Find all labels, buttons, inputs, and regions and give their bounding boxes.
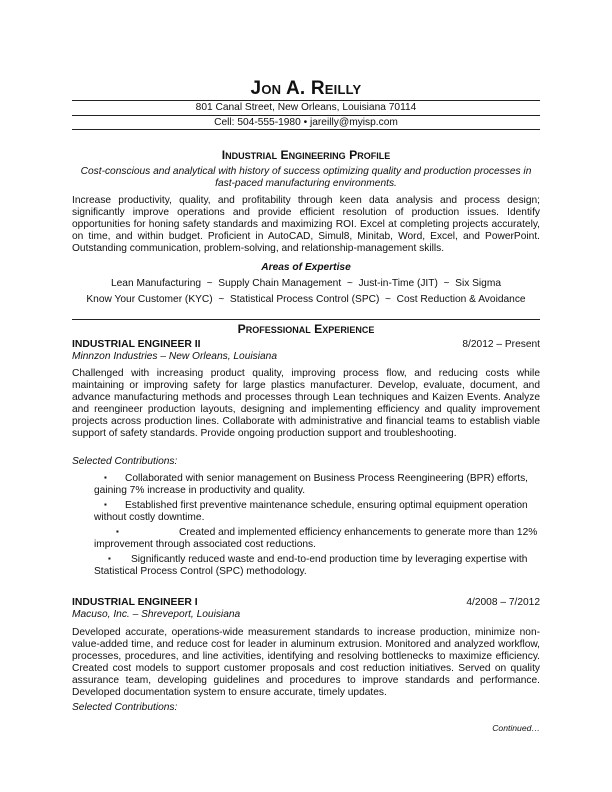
contribution-item: ▪Collaborated with senior management on …: [94, 472, 540, 497]
candidate-name: Jon A. Reilly: [72, 78, 540, 100]
profile-title: Industrial Engineering Profile: [72, 148, 540, 162]
contributions-label: Selected Contributions:: [72, 456, 177, 467]
experience-title: Professional Experience: [72, 322, 540, 336]
bullet-icon: ▪: [108, 553, 131, 565]
profile-summary: Increase productivity, quality, and prof…: [72, 195, 540, 255]
divider: [72, 115, 540, 116]
contributions-label: Selected Contributions:: [72, 702, 177, 713]
job-description: Developed accurate, operations-wide meas…: [72, 627, 540, 700]
contribution-item: ▪Significantly reduced waste and end-to-…: [94, 553, 540, 578]
expertise-title: Areas of Expertise: [72, 262, 540, 273]
expertise-line: Lean Manufacturing ~ Supply Chain Manage…: [72, 276, 540, 292]
tagline-line: fast-paced manufacturing environments.: [72, 178, 540, 190]
divider: [72, 129, 540, 130]
expertise-list: Lean Manufacturing ~ Supply Chain Manage…: [72, 276, 540, 307]
job-company: Macuso, Inc. – Shreveport, Louisiana: [72, 609, 240, 620]
contribution-item: ▪Established first preventive maintenanc…: [94, 499, 540, 524]
profile-tagline: Cost-conscious and analytical with histo…: [72, 166, 540, 190]
bullet-icon: ▪: [104, 499, 125, 511]
job-dates: 8/2012 – Present: [462, 339, 540, 350]
job-title: INDUSTRIAL ENGINEER II: [72, 339, 201, 350]
contribution-text: Established first preventive maintenance…: [94, 500, 528, 523]
divider: [72, 100, 540, 101]
bullet-icon: ▪: [116, 526, 179, 538]
job-company: Minnzon Industries – New Orleans, Louisi…: [72, 351, 277, 362]
tagline-line: Cost-conscious and analytical with histo…: [72, 166, 540, 178]
job-title: INDUSTRIAL ENGINEER I: [72, 597, 198, 608]
job-dates: 4/2008 – 7/2012: [466, 597, 540, 608]
continued-note: Continued…: [492, 723, 540, 733]
job-description: Challenged with increasing product quali…: [72, 368, 540, 441]
expertise-line: Know Your Customer (KYC) ~ Statistical P…: [72, 292, 540, 308]
contribution-item: ▪Created and implemented efficiency enha…: [94, 526, 540, 551]
bullet-icon: ▪: [104, 472, 125, 484]
contact-info: Cell: 504-555-1980 • jareilly@myisp.com: [72, 117, 540, 128]
divider: [72, 319, 540, 320]
address: 801 Canal Street, New Orleans, Louisiana…: [72, 102, 540, 113]
contribution-text: Collaborated with senior management on B…: [94, 473, 528, 496]
contribution-text: Significantly reduced waste and end-to-e…: [94, 554, 527, 577]
